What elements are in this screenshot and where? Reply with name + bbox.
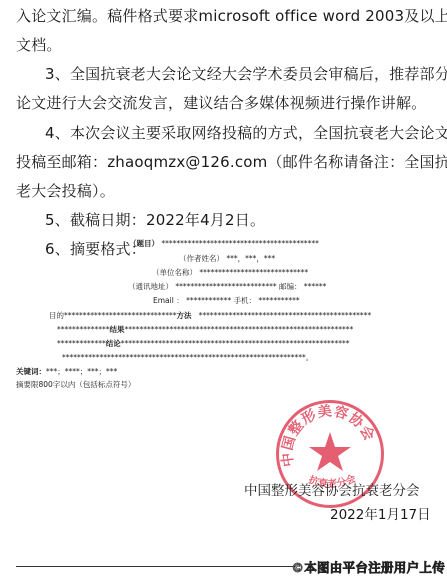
seal-star-icon xyxy=(309,432,351,471)
abstract-purpose-method-row: 目的******************************方法 *****… xyxy=(49,312,371,320)
author-label: （作者姓名） xyxy=(179,254,224,263)
item-4-line-2: 投稿至邮箱：zhaoqmzx@126.com（邮件名称请备注：全国抗衰 xyxy=(16,155,447,170)
postcode-value: ****** xyxy=(304,282,327,291)
abstract-title-row: （题目） ***********************************… xyxy=(129,240,319,248)
result-value: ****************************************… xyxy=(125,325,354,334)
address-value: *************************** xyxy=(175,282,276,291)
method-label: 方法 xyxy=(177,311,192,320)
abstract-result-row: **************结果************************… xyxy=(57,326,353,334)
signing-organization: 中国整形美容协会抗衰老分会 xyxy=(244,479,420,499)
postcode-label: 邮编： xyxy=(279,282,302,291)
item-4-line-1: 4、本次会议主要采取网络投稿的方式，全国抗衰老大会论文 xyxy=(45,126,447,141)
phone-label: 手机： xyxy=(233,296,256,305)
unit-value: ***************************** xyxy=(199,268,308,277)
abstract-author-row: （作者姓名） ***，***，*** xyxy=(179,255,275,263)
abstract-limit-note: 摘要限800字以内（包括标点符号） xyxy=(16,381,135,389)
purpose-value: ****************************** xyxy=(64,311,177,320)
email-value: ************ xyxy=(186,296,231,305)
abstract-last-row: ****************************************… xyxy=(62,354,313,362)
abstract-conclusion-row: *************结论*************************… xyxy=(57,340,350,348)
conclusion-prefix: ************* xyxy=(57,339,106,348)
item-3-line-2: 论文进行大会交流发言，建议结合多媒体视频进行操作讲解。 xyxy=(16,96,426,111)
footer-divider xyxy=(16,566,296,567)
conclusion-value: ****************************************… xyxy=(121,339,350,348)
title-label: （题目） xyxy=(129,239,159,248)
body-line-2: 文档。 xyxy=(16,38,62,53)
phone-value: *********** xyxy=(258,296,299,305)
unit-label: （单位名称） xyxy=(152,268,197,277)
result-label: 结果 xyxy=(110,325,125,334)
abstract-keywords-row: 关键词：***；****；***；*** xyxy=(16,368,117,376)
keywords-value: ***；****；***；*** xyxy=(46,367,117,376)
email-label: Email ： xyxy=(153,296,184,305)
upload-watermark: ©本图由平台注册用户上传 xyxy=(291,558,445,576)
address-label: （通讯地址） xyxy=(128,282,173,291)
result-prefix: ************** xyxy=(57,325,110,334)
last-line-value: ****************************************… xyxy=(62,353,306,362)
item-4-line-3: 老大会投稿）。 xyxy=(16,184,115,199)
conclusion-label: 结论 xyxy=(106,339,121,348)
abstract-address-row: （通讯地址） *************************** 邮编： *… xyxy=(128,283,326,291)
title-value: ****************************************… xyxy=(161,239,319,248)
body-line-1: 入论文汇编。稿件格式要求microsoft office word 2003及以… xyxy=(16,9,447,24)
signing-date: 2022年1月17日 xyxy=(330,503,431,523)
item-3-line-1: 3、全国抗衰老大会论文经大会学术委员会审稿后，推荐部分 xyxy=(45,67,447,82)
abstract-contact-row: Email ： ************ 手机： *********** xyxy=(153,297,300,305)
method-value: ****************************************… xyxy=(199,311,372,320)
item-5-deadline: 5、截稿日期：2022年4月2日。 xyxy=(45,213,265,228)
author-value: ***，***，*** xyxy=(226,254,275,263)
purpose-label: 目的 xyxy=(49,311,64,320)
keywords-label: 关键词： xyxy=(16,367,46,376)
abstract-unit-row: （单位名称） ***************************** xyxy=(152,269,308,277)
last-line-end: 。 xyxy=(306,353,314,362)
